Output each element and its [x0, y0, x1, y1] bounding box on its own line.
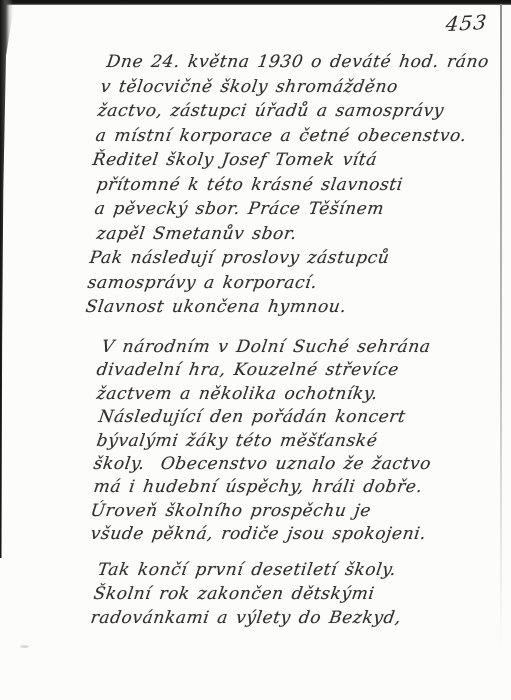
handwritten-line: žactvem a několika ochotníky. — [84, 383, 433, 406]
handwritten-line: samosprávy a korporací. — [84, 271, 491, 296]
page-number: 453 — [445, 10, 489, 36]
handwritten-line: Školní rok zakončen dětskými — [84, 582, 403, 606]
scan-edge-top — [0, 0, 511, 5]
paragraph-closing: Tak končí první desetiletí školy.Školní … — [84, 558, 399, 630]
handwritten-line: Pak následují proslovy zástupců — [84, 246, 491, 271]
handwritten-line: Úroveň školního prospěchu je — [84, 500, 433, 523]
handwritten-line: Ředitel školy Josef Tomek vítá — [84, 148, 491, 173]
handwritten-line: má i hudební úspěchy, hráli dobře. — [84, 476, 433, 499]
handwritten-line: radovánkami a výlety do Bezkyd, — [84, 606, 403, 630]
handwritten-line: a místní korporace a četné obecenstvo. — [84, 124, 491, 149]
scan-edge-left-binding-shadow — [0, 0, 15, 558]
handwritten-line: divadelní hra, Kouzelné střevíce — [84, 359, 433, 382]
handwritten-line: bývalými žáky této měšťanské — [84, 430, 433, 453]
handwritten-line: Dne 24. května 1930 o deváté hod. ráno — [84, 50, 491, 75]
handwritten-line: v tělocvičně školy shromážděno — [84, 75, 491, 100]
scan-speck — [20, 645, 29, 648]
handwritten-line: V národním v Dolní Suché sehrána — [84, 336, 433, 359]
handwritten-line: zapěl Smetanův sbor. — [84, 222, 491, 247]
scanned-page: 453 Dne 24. května 1930 o deváté hod. rá… — [0, 0, 511, 700]
handwritten-line: přítomné k této krásné slavnosti — [84, 173, 491, 198]
paragraph-opening-ceremony: Dne 24. května 1930 o deváté hod. ránov … — [84, 50, 487, 320]
handwritten-line: a pěvecký sbor. Práce Těšínem — [84, 197, 491, 222]
handwritten-line: žactvo, zástupci úřadů a samosprávy — [84, 99, 491, 124]
handwritten-line: školy. Obecenstvo uznalo že žactvo — [84, 453, 433, 476]
handwritten-line: všude pěkná, rodiče jsou spokojeni. — [84, 523, 433, 546]
paragraph-theatre-and-concert: V národním v Dolní Suché sehránadivadeln… — [84, 336, 429, 547]
scan-edge-right-page-crease — [500, 4, 502, 652]
handwritten-line: Následující den pořádán koncert — [84, 406, 433, 429]
handwritten-line: Tak končí první desetiletí školy. — [84, 558, 403, 582]
handwritten-line: Slavnost ukončena hymnou. — [84, 295, 491, 320]
